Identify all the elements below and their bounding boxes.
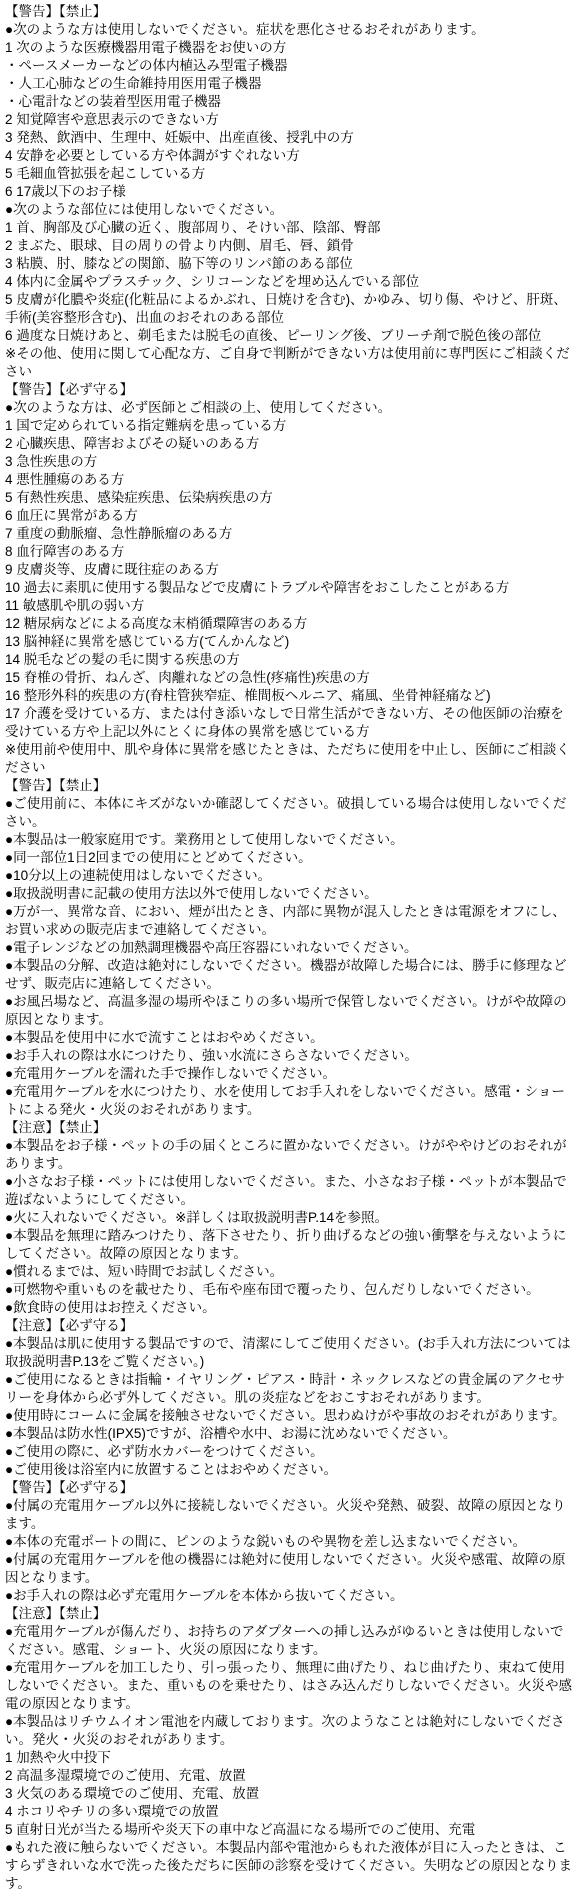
document-line: ●充電用ケーブルが傷んだり、お持ちのアダプターへの挿し込みがゆるいときは使用しな… bbox=[5, 1623, 573, 1659]
document-line: ●万が一、異常な音、におい、煙が出たとき、内部に異物が混入したときは電源をオフに… bbox=[5, 903, 573, 939]
document-line: 2 高温多湿環境でのご使用、充電、放置 bbox=[5, 1767, 573, 1785]
document-line: 3 急性疾患の方 bbox=[5, 453, 573, 471]
document-line: 16 整形外科的疾患の方(脊柱管狭窄症、椎間板ヘルニア、痛風、坐骨神経痛など) bbox=[5, 687, 573, 705]
document-line: 2 知覚障害や意思表示のできない方 bbox=[5, 111, 573, 129]
document-line: 1 次のような医療機器用電子機器をお使いの方 bbox=[5, 39, 573, 57]
document-line: 8 血行障害のある方 bbox=[5, 543, 573, 561]
document-line: 4 悪性腫瘍のある方 bbox=[5, 471, 573, 489]
document-line: ※その他、使用に関して心配な方、ご自身で判断ができない方は使用前に専門医にご相談… bbox=[5, 345, 573, 381]
document-line: ●取扱説明書に記載の使用方法以外で使用しないでください。 bbox=[5, 885, 573, 903]
document-line: ●本製品を無理に踏みつけたり、落下させたり、折り曲げるなどの強い衝撃を与えないよ… bbox=[5, 1227, 573, 1263]
safety-warnings-document: 【警告】【禁止】●次のような方は使用しないでください。症状を悪化させるおそれがあ… bbox=[0, 0, 576, 1897]
document-line: 1 加熱や火中投下 bbox=[5, 1749, 573, 1767]
document-line: 5 直射日光が当たる場所や炎天下の車中など高温になる場所でのご使用、充電 bbox=[5, 1821, 573, 1839]
section-heading: 【警告】【必ず守る】 bbox=[5, 381, 573, 399]
document-line: 7 重度の動脈瘤、急性静脈瘤のある方 bbox=[5, 525, 573, 543]
document-line: ●電子レンジなどの加熱調理機器や高圧容器にいれないでください。 bbox=[5, 939, 573, 957]
document-line: ●充電用ケーブルを濡れた手で操作しないでください。 bbox=[5, 1065, 573, 1083]
document-line: 5 有熱性疾患、感染症疾患、伝染病疾患の方 bbox=[5, 489, 573, 507]
document-line: ●本製品を使用中に水で流すことはおやめください。 bbox=[5, 1029, 573, 1047]
document-line: ※使用前や使用中、肌や身体に異常を感じたときは、ただちに使用を中止し、医師にご相… bbox=[5, 741, 573, 777]
document-line: ・ペースメーカーなどの体内植込み型電子機器 bbox=[5, 57, 573, 75]
document-line: 2 まぶた、眼球、目の周りの骨より内側、眉毛、唇、鎖骨 bbox=[5, 237, 573, 255]
document-line: 12 糖尿病などによる高度な末梢循環障害のある方 bbox=[5, 615, 573, 633]
document-line: 9 皮膚炎等、皮膚に既往症のある方 bbox=[5, 561, 573, 579]
document-line: ●火に入れないでください。※詳しくは取扱説明書P.14を参照。 bbox=[5, 1209, 573, 1227]
document-line: 10 過去に素肌に使用する製品などで皮膚にトラブルや障害をおこしたことがある方 bbox=[5, 579, 573, 597]
document-line: 3 発熱、飲酒中、生理中、妊娠中、出産直後、授乳中の方 bbox=[5, 129, 573, 147]
section-heading: 【警告】【禁止】 bbox=[5, 3, 573, 21]
document-line: 17 介護を受けている方、または付き添いなしで日常生活ができない方、その他医師の… bbox=[5, 705, 573, 741]
document-line: 3 火気のある環境でのご使用、充電、放置 bbox=[5, 1785, 573, 1803]
document-line: ●充電用ケーブルを加工したり、引っ張ったり、無理に曲げたり、ねじ曲げたり、束ねて… bbox=[5, 1659, 573, 1713]
document-line: 5 毛細血管拡張を起こしている方 bbox=[5, 165, 573, 183]
document-line: ●本製品をお子様・ペットの手の届くところに置かないでください。けがややけどのおそ… bbox=[5, 1137, 573, 1173]
section-heading: 【注意】【必ず守る】 bbox=[5, 1317, 573, 1335]
document-line: 13 脳神経に異常を感じている方(てんかんなど) bbox=[5, 633, 573, 651]
document-line: ●本製品は肌に使用する製品ですので、清潔にしてご使用ください。(お手入れ方法につ… bbox=[5, 1335, 573, 1371]
section-heading: 【警告】【禁止】 bbox=[5, 777, 573, 795]
document-line: 6 過度な日焼けあと、剃毛または脱毛の直後、ピーリング後、ブリーチ剤で脱色後の部… bbox=[5, 327, 573, 345]
document-line: ●次のような方は、必ず医師とご相談の上、使用してください。 bbox=[5, 399, 573, 417]
section-heading: 【注意】【禁止】 bbox=[5, 1605, 573, 1623]
document-line: ●ご使用の際に、必ず防水カバーをつけてください。 bbox=[5, 1443, 573, 1461]
document-line: 5 皮膚が化膿や炎症(化粧品によるかぶれ、日焼けを含む)、かゆみ、切り傷、やけど… bbox=[5, 291, 573, 327]
document-line: ●10分以上の連続使用はしないでください。 bbox=[5, 867, 573, 885]
document-line: ●飲食時の使用はお控えください。 bbox=[5, 1299, 573, 1317]
document-line: ●使用時にコームに金属を接触させないでください。思わぬけがや事故のおそれがありま… bbox=[5, 1407, 573, 1425]
document-line: ●ご使用後は浴室内に放置することはおやめください。 bbox=[5, 1461, 573, 1479]
document-line: 11 敏感肌や肌の弱い方 bbox=[5, 597, 573, 615]
document-line: ●お風呂場など、高温多湿の場所やほこりの多い場所で保管しないでください。けがや故… bbox=[5, 993, 573, 1029]
document-line: ●次のような方は使用しないでください。症状を悪化させるおそれがあります。 bbox=[5, 21, 573, 39]
document-line: 14 脱毛などの髪の毛に関する疾患の方 bbox=[5, 651, 573, 669]
document-line: ●充電用ケーブルを水につけたり、水を使用してお手入れをしないでください。感電・シ… bbox=[5, 1083, 573, 1119]
document-line: ●付属の充電用ケーブルを他の機器には絶対に使用しないでください。火災や感電、故障… bbox=[5, 1551, 573, 1587]
document-line: ●本製品は一般家庭用です。業務用として使用しないでください。 bbox=[5, 831, 573, 849]
document-line: ●本製品は防水性(IPX5)ですが、浴槽や水中、お湯に沈めないでください。 bbox=[5, 1425, 573, 1443]
section-heading: 【注意】【禁止】 bbox=[5, 1119, 573, 1137]
document-line: ・人工心肺などの生命維持用医用電子機器 bbox=[5, 75, 573, 93]
document-line: ●ご使用前に、本体にキズがないか確認してください。破損している場合は使用しないで… bbox=[5, 795, 573, 831]
document-line: 4 ホコリやチリの多い環境での放置 bbox=[5, 1803, 573, 1821]
document-line: 6 血圧に異常がある方 bbox=[5, 507, 573, 525]
document-line: 3 粘膜、肘、膝などの関節、脇下等のリンパ節のある部位 bbox=[5, 255, 573, 273]
document-line: ●同一部位1日2回までの使用にとどめてください。 bbox=[5, 849, 573, 867]
document-line: ●本体の充電ポートの間に、ピンのような鋭いものや異物を差し込まないでください。 bbox=[5, 1533, 573, 1551]
document-line: ●ご使用になるときは指輪・イヤリング・ピアス・時計・ネックレスなどの貴金属のアク… bbox=[5, 1371, 573, 1407]
document-line: ●慣れるまでは、短い時間でお試しください。 bbox=[5, 1263, 573, 1281]
document-line: ・心電計などの装着型医用電子機器 bbox=[5, 93, 573, 111]
document-line: 4 安静を必要としている方や体調がすぐれない方 bbox=[5, 147, 573, 165]
document-line: ●小さなお子様・ペットには使用しないでください。また、小さなお子様・ペットが本製… bbox=[5, 1173, 573, 1209]
document-line: 4 体内に金属やプラスチック、シリコーンなどを埋め込んでいる部位 bbox=[5, 273, 573, 291]
document-line: ●付属の充電用ケーブル以外に接続しないでください。火災や発熱、破裂、故障の原因と… bbox=[5, 1497, 573, 1533]
document-line: 15 脊椎の骨折、ねんざ、肉離れなどの急性(疼痛性)疾患の方 bbox=[5, 669, 573, 687]
document-line: 2 心臓疾患、障害およびその疑いのある方 bbox=[5, 435, 573, 453]
document-line: ●本製品はリチウムイオン電池を内蔵しております。次のようなことは絶対にしないでく… bbox=[5, 1713, 573, 1749]
document-line: 1 国で定められている指定難病を患っている方 bbox=[5, 417, 573, 435]
document-line: 1 首、胸部及び心臓の近く、腹部周り、そけい部、陰部、臀部 bbox=[5, 219, 573, 237]
section-heading: 【警告】【必ず守る】 bbox=[5, 1479, 573, 1497]
document-line: ●次のような部位には使用しないでください。 bbox=[5, 201, 573, 219]
document-line: ●お手入れの際は必ず充電用ケーブルを本体から抜いてください。 bbox=[5, 1587, 573, 1605]
document-line: ●本製品の分解、改造は絶対にしないでください。機器が故障した場合には、勝手に修理… bbox=[5, 957, 573, 993]
document-line: 6 17歳以下のお子様 bbox=[5, 183, 573, 201]
document-line: ●お手入れの際は水につけたり、強い水流にさらさないでください。 bbox=[5, 1047, 573, 1065]
document-line: ●もれた液に触らないでください。本製品内部や電池からもれた液体が目に入ったときは… bbox=[5, 1839, 573, 1893]
document-line: ●可燃物や重いものを載せたり、毛布や座布団で覆ったり、包んだりしないでください。 bbox=[5, 1281, 573, 1299]
